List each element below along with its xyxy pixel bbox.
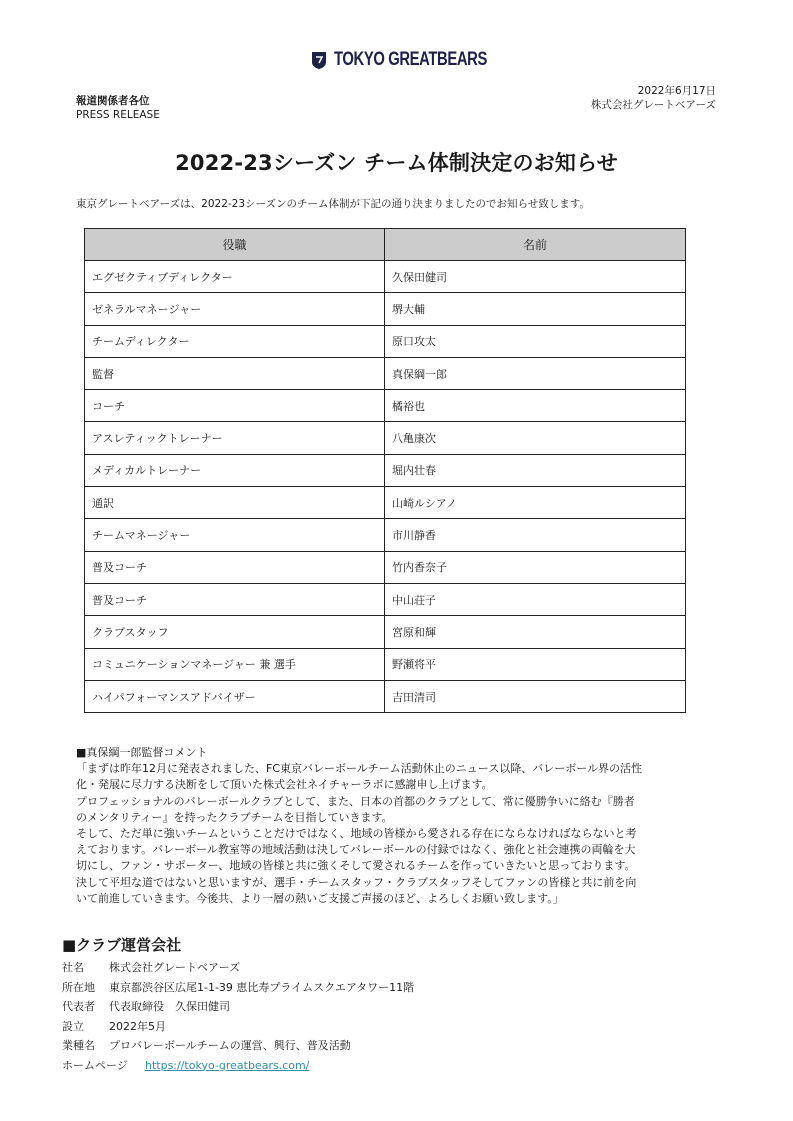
doc-type: PRESS RELEASE (76, 108, 160, 122)
comment-heading: ■真保綱一郎監督コメント (76, 745, 716, 761)
field-label: 業種名 (62, 1036, 109, 1056)
date-block: 2022年6月17日 株式会社グレートベアーズ (591, 84, 716, 112)
table-row: アスレティックトレーナー八亀康次 (85, 422, 686, 454)
comment-line: そして、ただ単に強いチームということだけではなく、地域の皆様から愛される存在にな… (76, 826, 716, 842)
comment-line: えております。バレーボール教室等の地域活動は決してバレーボールの付録ではなく、強… (76, 842, 716, 858)
table-row: 普及コーチ竹内香奈子 (85, 551, 686, 583)
comment-line: のメンタリティー』を持ったクラブチームを目指していきます。 (76, 810, 716, 826)
name-cell: 久保田健司 (385, 261, 686, 293)
name-cell: 橘裕也 (385, 390, 686, 422)
field-label: 設立 (62, 1017, 109, 1037)
field-label: 社名 (62, 958, 109, 978)
field-label: ホームページ (62, 1056, 145, 1076)
table-row: ハイパフォーマンスアドバイザー吉田清司 (85, 680, 686, 712)
company-field-name: 社名 株式会社グレートベアーズ (62, 958, 414, 978)
bear-shield-icon (310, 50, 328, 70)
company-field-established: 設立 2022年5月 (62, 1017, 414, 1037)
column-header-name: 名前 (385, 229, 686, 261)
comment-line: プロフェッショナルのバレーボールクラブとして、また、日本の首都のクラブとして、常… (76, 794, 716, 810)
role-cell: ゼネラルマネージャー (85, 293, 385, 325)
role-cell: 監督 (85, 357, 385, 389)
field-value: 2022年5月 (109, 1017, 166, 1037)
comment-line: 化・発展に尽力する決断をして頂いた株式会社ネイチャーラボに感謝申し上げます。 (76, 777, 716, 793)
table-row: クラブスタッフ宮原和輝 (85, 616, 686, 648)
role-cell: コミュニケーションマネージャー 兼 選手 (85, 648, 385, 680)
name-cell: 中山荘子 (385, 583, 686, 615)
company-field-business: 業種名 プロバレーボールチームの運営、興行、普及活動 (62, 1036, 414, 1056)
field-value: 株式会社グレートベアーズ (109, 958, 240, 978)
table-row: コミュニケーションマネージャー 兼 選手野瀬将平 (85, 648, 686, 680)
company-info: 社名 株式会社グレートベアーズ 所在地 東京都渋谷区広尾1-1-39 恵比寿プラ… (62, 958, 414, 1075)
role-cell: クラブスタッフ (85, 616, 385, 648)
role-cell: 通訳 (85, 487, 385, 519)
staff-table: 役職 名前 エグゼクティブディレクター久保田健司 ゼネラルマネージャー堺大輔 チ… (84, 228, 686, 713)
company-field-homepage: ホームページ https://tokyo-greatbears.com/ (62, 1056, 414, 1076)
comment-line: 決して平坦な道ではないと思いますが、選手・チームスタッフ・クラブスタッフそしてフ… (76, 875, 716, 891)
addressee: 報道関係者各位 (76, 94, 160, 108)
name-cell: 真保綱一郎 (385, 357, 686, 389)
table-row: ゼネラルマネージャー堺大輔 (85, 293, 686, 325)
coach-comment: ■真保綱一郎監督コメント 「まずは昨年12月に発表されました、FC東京バレーボー… (76, 745, 716, 907)
field-value: 代表取締役 久保田健司 (109, 997, 230, 1017)
table-row: 通訳山崎ルシアノ (85, 487, 686, 519)
release-date: 2022年6月17日 (591, 84, 716, 98)
table-row: チームディレクター原口攻太 (85, 325, 686, 357)
name-cell: 野瀬将平 (385, 648, 686, 680)
name-cell: 竹内香奈子 (385, 551, 686, 583)
name-cell: 原口攻太 (385, 325, 686, 357)
role-cell: アスレティックトレーナー (85, 422, 385, 454)
brand-logo: TOKYO GREATBEARS (0, 49, 793, 71)
role-cell: エグゼクティブディレクター (85, 261, 385, 293)
name-cell: 堀内壮春 (385, 454, 686, 486)
field-value: 東京都渋谷区広尾1-1-39 恵比寿プライムスクエアタワー11階 (109, 978, 414, 998)
field-label: 代表者 (62, 997, 109, 1017)
table-row: チームマネージャー市川静香 (85, 519, 686, 551)
company-field-address: 所在地 東京都渋谷区広尾1-1-39 恵比寿プライムスクエアタワー11階 (62, 978, 414, 998)
name-cell: 堺大輔 (385, 293, 686, 325)
comment-line: いて前進していきます。今後共、より一層の熱いご支援ご声援のほど、よろしくお願い致… (76, 891, 716, 907)
role-cell: コーチ (85, 390, 385, 422)
name-cell: 吉田清司 (385, 680, 686, 712)
issuer: 株式会社グレートベアーズ (591, 98, 716, 112)
name-cell: 八亀康次 (385, 422, 686, 454)
table-header-row: 役職 名前 (85, 229, 686, 261)
page-title: 2022-23シーズン チーム体制決定のお知らせ (0, 147, 793, 177)
role-cell: 普及コーチ (85, 583, 385, 615)
role-cell: チームディレクター (85, 325, 385, 357)
role-cell: 普及コーチ (85, 551, 385, 583)
comment-line: 「まずは昨年12月に発表されました、FC東京バレーボールチーム活動休止のニュース… (76, 761, 716, 777)
table-row: メディカルトレーナー堀内壮春 (85, 454, 686, 486)
table-row: 監督真保綱一郎 (85, 357, 686, 389)
company-heading: ■クラブ運営会社 (62, 934, 181, 955)
column-header-role: 役職 (85, 229, 385, 261)
name-cell: 市川静香 (385, 519, 686, 551)
name-cell: 宮原和輝 (385, 616, 686, 648)
role-cell: メディカルトレーナー (85, 454, 385, 486)
lead-paragraph: 東京グレートベアーズは、2022-23シーズンのチーム体制が下記の通り決まりまし… (76, 196, 590, 211)
role-cell: チームマネージャー (85, 519, 385, 551)
table-row: 普及コーチ中山荘子 (85, 583, 686, 615)
name-cell: 山崎ルシアノ (385, 487, 686, 519)
company-field-representative: 代表者 代表取締役 久保田健司 (62, 997, 414, 1017)
logo-text: TOKYO GREATBEARS (334, 49, 451, 71)
homepage-link[interactable]: https://tokyo-greatbears.com/ (145, 1056, 309, 1076)
table-row: エグゼクティブディレクター久保田健司 (85, 261, 686, 293)
role-cell: ハイパフォーマンスアドバイザー (85, 680, 385, 712)
comment-line: 切にし、ファン・サポーター、地域の皆様と共に強くそして愛されるチームを作っていき… (76, 858, 716, 874)
addressee-block: 報道関係者各位 PRESS RELEASE (76, 94, 160, 122)
field-value: プロバレーボールチームの運営、興行、普及活動 (109, 1036, 351, 1056)
field-label: 所在地 (62, 978, 109, 998)
table-row: コーチ橘裕也 (85, 390, 686, 422)
